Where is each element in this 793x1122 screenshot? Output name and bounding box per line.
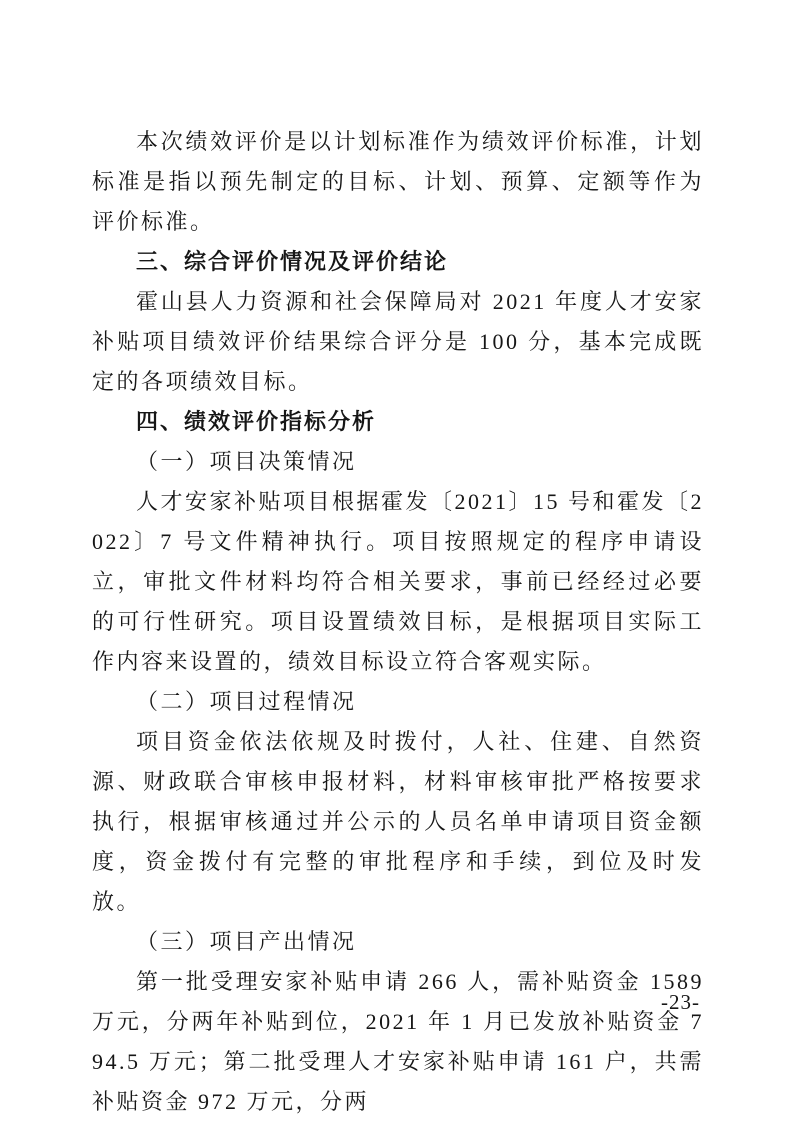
- paragraph-project-output: 第一批受理安家补贴申请 266 人，需补贴资金 1589 万元，分两年补贴到位，…: [92, 962, 704, 1122]
- subsection-heading-project-decision: （一）项目决策情况: [92, 442, 704, 482]
- section-heading-indicator-analysis: 四、绩效评价指标分析: [92, 402, 704, 442]
- document-page: 本次绩效评价是以计划标准作为绩效评价标准，计划标准是指以预先制定的目标、计划、预…: [0, 0, 793, 1122]
- paragraph-evaluation-result: 霍山县人力资源和社会保障局对 2021 年度人才安家补贴项目绩效评价结果综合评分…: [92, 282, 704, 402]
- paragraph-project-process: 项目资金依法依规及时拨付，人社、住建、自然资源、财政联合审核申报材料，材料审核审…: [92, 722, 704, 922]
- page-number: -23-: [661, 990, 700, 1015]
- paragraph-project-decision: 人才安家补贴项目根据霍发〔2021〕15 号和霍发〔2022〕7 号文件精神执行…: [92, 482, 704, 682]
- subsection-heading-project-output: （三）项目产出情况: [92, 922, 704, 962]
- section-heading-comprehensive-evaluation: 三、综合评价情况及评价结论: [92, 242, 704, 282]
- subsection-heading-project-process: （二）项目过程情况: [92, 682, 704, 722]
- document-body: 本次绩效评价是以计划标准作为绩效评价标准，计划标准是指以预先制定的目标、计划、预…: [92, 122, 704, 1122]
- paragraph-evaluation-standard: 本次绩效评价是以计划标准作为绩效评价标准，计划标准是指以预先制定的目标、计划、预…: [92, 122, 704, 242]
